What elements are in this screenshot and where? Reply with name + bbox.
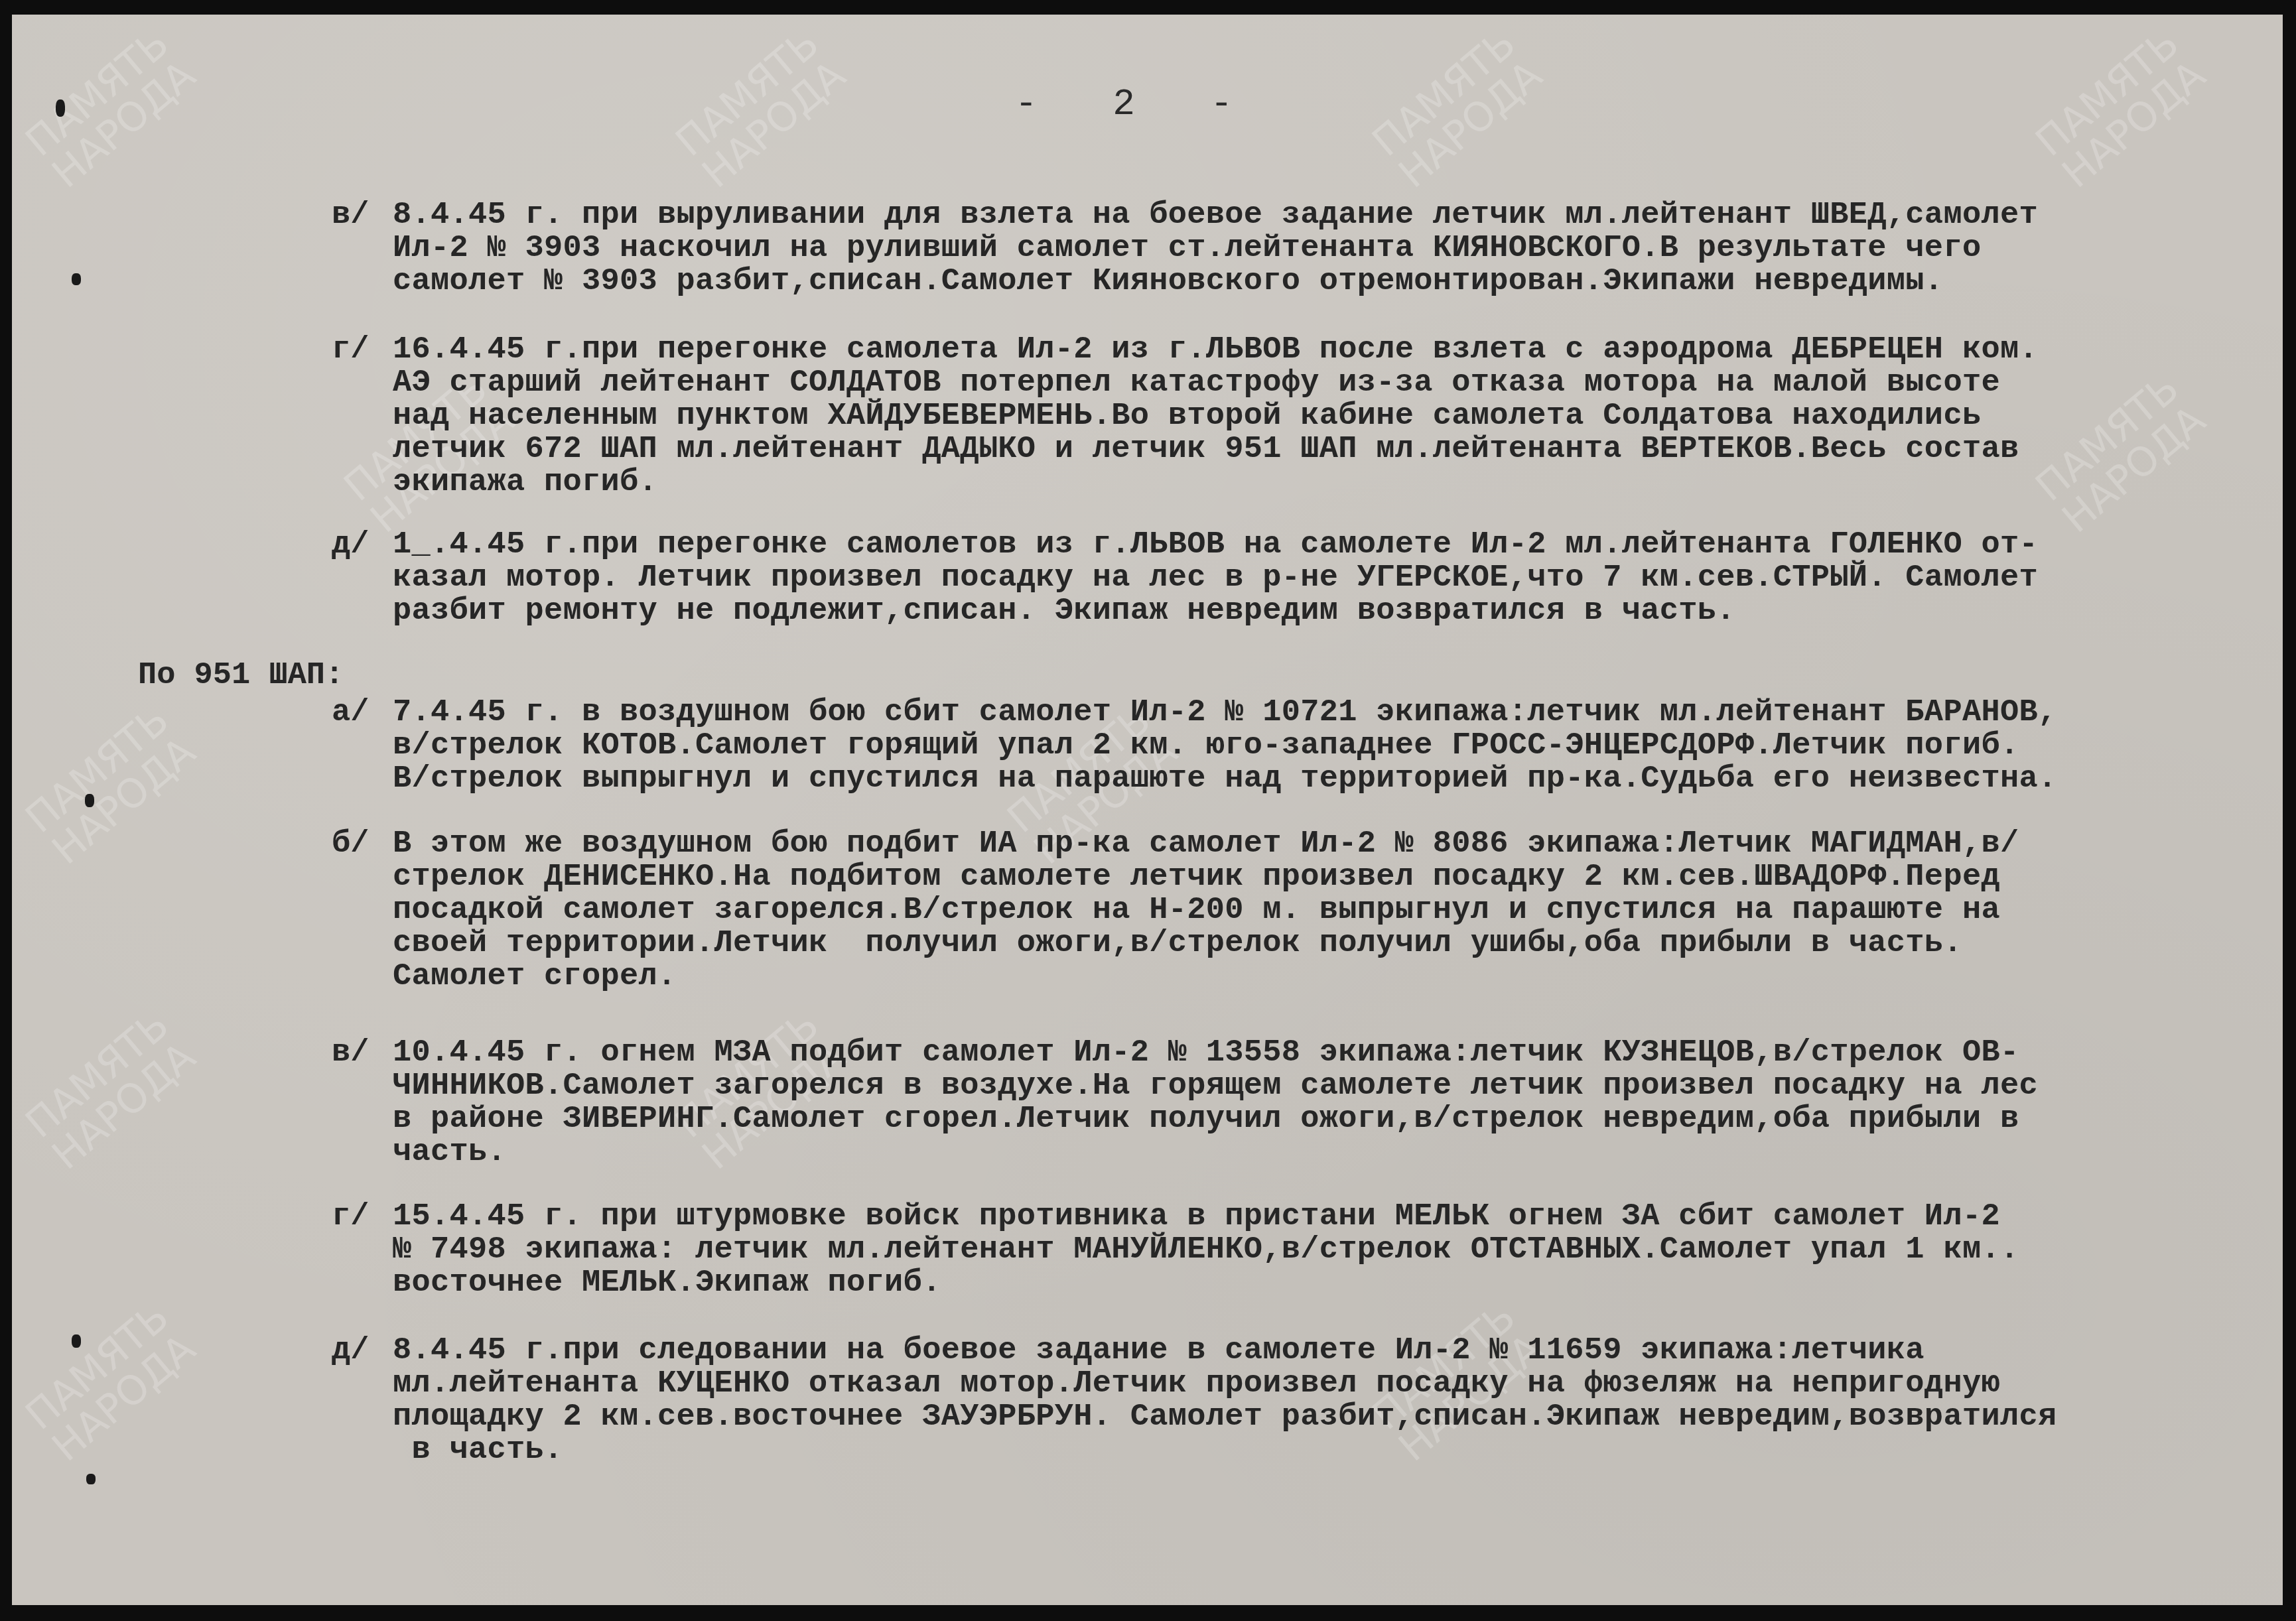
incident-entry: б/ В этом же воздушном бою подбит ИА пр-… bbox=[332, 828, 2275, 994]
watermark: ПАМЯТЬ НАРОДА bbox=[19, 1004, 202, 1177]
punch-hole bbox=[86, 1474, 96, 1484]
incident-entry: г/ 15.4.45 г. при штурмовке войск против… bbox=[332, 1200, 2275, 1300]
entry-line: мл.лейтенанта КУЦЕНКО отказал мотор.Летч… bbox=[393, 1368, 2275, 1401]
entry-line: над населенным пунктом ХАЙДУБЕВЕРМЕНЬ.Во… bbox=[393, 400, 2275, 433]
incident-entry: в/ 10.4.45 г. огнем МЗА подбит самолет И… bbox=[332, 1037, 2275, 1169]
entry-line: 8.4.45 г. при выруливании для взлета на … bbox=[393, 199, 2275, 232]
entry-line: площадку 2 км.сев.восточнее ЗАУЭРБРУН. С… bbox=[393, 1401, 2275, 1434]
entry-line: В/стрелок выпрыгнул и спустился на параш… bbox=[393, 763, 2275, 796]
watermark: ПАМЯТЬ НАРОДА bbox=[19, 699, 202, 872]
entry-marker: д/ bbox=[332, 1334, 369, 1368]
entry-marker: г/ bbox=[332, 1200, 369, 1234]
entry-line: Ил-2 № 3903 наскочил на руливший самолет… bbox=[393, 232, 2275, 265]
entry-line: в часть. bbox=[393, 1434, 2275, 1467]
entry-line: 7.4.45 г. в воздушном бою сбит самолет И… bbox=[393, 696, 2275, 730]
entry-marker: б/ bbox=[332, 828, 369, 861]
entry-line: Самолет сгорел. bbox=[393, 960, 2275, 994]
entry-line: ЧИННИКОВ.Самолет загорелся в воздухе.На … bbox=[393, 1070, 2275, 1103]
incident-entry: д/ 8.4.45 г.при следовании на боевое зад… bbox=[332, 1334, 2275, 1467]
entry-line: 8.4.45 г.при следовании на боевое задани… bbox=[393, 1334, 2275, 1368]
entry-line: часть. bbox=[393, 1136, 2275, 1169]
entry-line: 16.4.45 г.при перегонке самолета Ил-2 из… bbox=[393, 334, 2275, 367]
entry-line: № 7498 экипажа: летчик мл.лейтенант МАНУ… bbox=[393, 1234, 2275, 1267]
watermark: ПАМЯТЬ НАРОДА bbox=[1365, 23, 1549, 196]
entry-line: летчик 672 ШАП мл.лейтенант ДАДЫКО и лет… bbox=[393, 433, 2275, 466]
watermark: ПАМЯТЬ НАРОДА bbox=[19, 1296, 202, 1469]
entry-line: в/стрелок КОТОВ.Самолет горящий упал 2 к… bbox=[393, 730, 2275, 763]
entry-marker: в/ bbox=[332, 1037, 369, 1070]
entry-line: 1_.4.45 г.при перегонке самолетов из г.Л… bbox=[393, 529, 2275, 562]
entry-marker: в/ bbox=[332, 199, 369, 232]
entry-line: казал мотор. Летчик произвел посадку на … bbox=[393, 562, 2275, 595]
entry-line: В этом же воздушном бою подбит ИА пр-ка … bbox=[393, 828, 2275, 861]
punch-hole bbox=[72, 1334, 81, 1348]
entry-line: в районе ЗИВЕРИНГ.Самолет сгорел.Летчик … bbox=[393, 1103, 2275, 1136]
incident-entry: г/ 16.4.45 г.при перегонке самолета Ил-2… bbox=[332, 334, 2275, 499]
entry-line: экипажа погиб. bbox=[393, 466, 2275, 499]
watermark: ПАМЯТЬ НАРОДА bbox=[2029, 23, 2212, 196]
entry-line: разбит ремонту не подлежит,списан. Экипа… bbox=[393, 595, 2275, 628]
punch-hole bbox=[72, 273, 81, 285]
page-number: - 2 - bbox=[1015, 83, 1259, 125]
entry-line: посадкой самолет загорелся.В/стрелок на … bbox=[393, 894, 2275, 927]
entry-line: 10.4.45 г. огнем МЗА подбит самолет Ил-2… bbox=[393, 1037, 2275, 1070]
punch-hole bbox=[56, 99, 65, 117]
entry-line: 15.4.45 г. при штурмовке войск противник… bbox=[393, 1200, 2275, 1234]
incident-entry: д/ 1_.4.45 г.при перегонке самолетов из … bbox=[332, 529, 2275, 628]
watermark: ПАМЯТЬ НАРОДА bbox=[669, 23, 852, 196]
entry-line: своей территории.Летчик получил ожоги,в/… bbox=[393, 927, 2275, 960]
entry-marker: д/ bbox=[332, 529, 369, 562]
entry-line: восточнее МЕЛЬК.Экипаж погиб. bbox=[393, 1267, 2275, 1300]
watermark: ПАМЯТЬ НАРОДА bbox=[19, 23, 202, 196]
entry-line: АЭ старший лейтенант СОЛДАТОВ потерпел к… bbox=[393, 367, 2275, 400]
punch-hole bbox=[85, 794, 94, 807]
section-heading: По 951 ШАП: bbox=[138, 658, 344, 693]
entry-marker: г/ bbox=[332, 334, 369, 367]
entry-line: самолет № 3903 разбит,списан.Самолет Кия… bbox=[393, 265, 2275, 298]
entry-marker: а/ bbox=[332, 696, 369, 730]
entry-line: стрелок ДЕНИСЕНКО.На подбитом самолете л… bbox=[393, 861, 2275, 894]
incident-entry: в/ 8.4.45 г. при выруливании для взлета … bbox=[332, 199, 2275, 298]
incident-entry: а/ 7.4.45 г. в воздушном бою сбит самоле… bbox=[332, 696, 2275, 796]
